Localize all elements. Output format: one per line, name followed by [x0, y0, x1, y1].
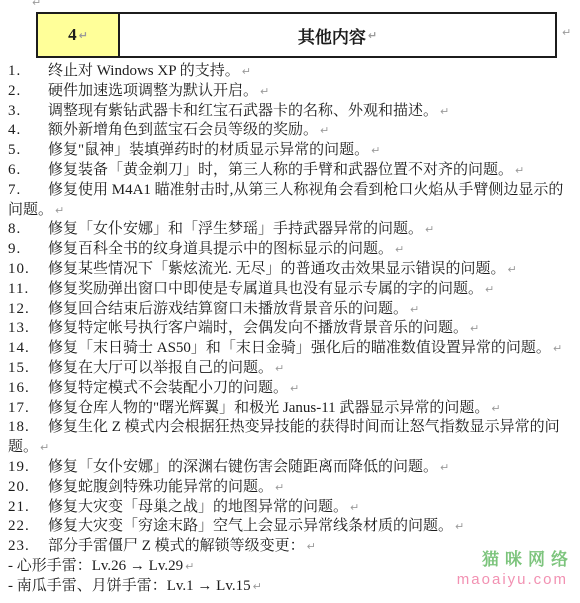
paragraph-mark: ↵	[307, 540, 316, 553]
paragraph-mark: ↵	[79, 29, 88, 42]
paragraph-mark: ↵	[395, 243, 404, 256]
item-text: 修复「末日骑士 AS50」和「末日金骑」强化后的瞄准数值设置异常的问题。	[48, 340, 551, 356]
list-item: 5.修复"鼠神」装填弹药时的材质显示异常的问题。↵	[8, 141, 574, 161]
paragraph-mark: ↵	[368, 29, 377, 42]
item-text: 修复奖励弹出窗口中即使是专属道具也没有显示专属的字的问题。	[48, 281, 483, 297]
list-item: 16.修复特定模式不会装配小刀的问题。↵	[8, 379, 574, 399]
item-text: 修复大灾变「穷途末路」空气上会显示异常线条材质的问题。	[48, 518, 453, 534]
list-item: 14.修复「末日骑士 AS50」和「末日金骑」强化后的瞄准数值设置异常的问题。↵	[8, 339, 574, 359]
paragraph-mark: ↵	[242, 65, 251, 78]
item-number: 17.	[8, 399, 48, 419]
list-item: 7.修复使用 M4A1 瞄准射击时,从第三人称视角会看到枪口火焰从手臂侧边显示的…	[8, 181, 574, 221]
list-item: 8.修复「女仆安娜」和「浮生梦瑶」手持武器异常的问题。↵	[8, 220, 574, 240]
item-number: 13.	[8, 319, 48, 339]
item-text: 修复百科全书的纹身道具提示中的图标显示的问题。	[48, 241, 393, 257]
paragraph-mark: ↵	[562, 26, 571, 39]
list-item: 13.修复特定帐号执行客户端时，会偶发向不播放背景音乐的问题。↵	[8, 319, 574, 339]
list-item: 3.调整现有紫钻武器卡和红宝石武器卡的名称、外观和描述。↵	[8, 102, 574, 122]
item-number: 22.	[8, 517, 48, 537]
item-text: 额外新增角色到蓝宝石会员等级的奖励。	[48, 122, 318, 138]
paragraph-mark: ↵	[290, 382, 299, 395]
item-text: 修复使用 M4A1 瞄准射击时,从第三人称视角会看到枪口火焰从手臂侧边显示的问题…	[8, 182, 563, 218]
paragraph-mark: ↵	[185, 560, 194, 573]
item-text: 修复蛇腹剑特殊功能异常的问题。	[48, 479, 273, 495]
item-number: 2.	[8, 82, 48, 102]
item-text: 终止对 Windows XP 的支持。	[48, 63, 240, 79]
item-number: 1.	[8, 62, 48, 82]
watermark-site-name: 猫咪网络	[440, 551, 574, 571]
section-number: 4	[68, 25, 77, 45]
header-section-number-cell: 4↵	[38, 14, 120, 56]
paragraph-mark: ↵	[260, 85, 269, 98]
item-text: 修复回合结束后游戏结算窗口未播放背景音乐的问题。	[48, 301, 408, 317]
paragraph-mark: ↵	[40, 441, 49, 454]
item-number: 6.	[8, 161, 48, 181]
sub-item-text: - 心形手雷：Lv.26 → Lv.29	[8, 558, 183, 574]
item-text: 部分手雷僵尸 Z 模式的解锁等级变更：	[48, 538, 305, 554]
paragraph-mark: ↵	[371, 144, 380, 157]
list-item: 22.修复大灾变「穷途末路」空气上会显示异常线条材质的问题。↵	[8, 517, 574, 537]
paragraph-mark: ↵	[491, 402, 500, 415]
item-number: 7.	[8, 181, 48, 201]
paragraph-mark: ↵	[350, 501, 359, 514]
item-number: 14.	[8, 339, 48, 359]
item-text: 修复「女仆安娜」和「浮生梦瑶」手持武器异常的问题。	[48, 221, 423, 237]
item-text: 修复特定模式不会装配小刀的问题。	[48, 380, 288, 396]
item-text: 修复在大厅可以举报自己的问题。	[48, 360, 273, 376]
list-item: 9.修复百科全书的纹身道具提示中的图标显示的问题。↵	[8, 240, 574, 260]
item-number: 9.	[8, 240, 48, 260]
list-item: 12.修复回合结束后游戏结算窗口未播放背景音乐的问题。↵	[8, 300, 574, 320]
watermark: 猫咪网络 maoaiyu.com	[440, 551, 568, 588]
list-item: 19.修复「女仆安娜」的深渊右键伤害会随距离而降低的问题。↵	[8, 458, 574, 478]
sub-item-text: - 南瓜手雷、月饼手雷：Lv.1 → Lv.15	[8, 578, 251, 594]
item-text: 修复某些情况下「紫炫流光. 无尽」的普通攻击效果显示错误的问题。	[48, 261, 506, 277]
list-item: 21.修复大灾变「母巢之战」的地图异常的问题。↵	[8, 498, 574, 518]
item-number: 8.	[8, 220, 48, 240]
item-number: 12.	[8, 300, 48, 320]
list-item: 11.修复奖励弹出窗口中即使是专属道具也没有显示专属的字的问题。↵	[8, 280, 574, 300]
item-number: 10.	[8, 260, 48, 280]
item-text: 修复装备「黄金剃刀」时，第三人称的手臂和武器位置不对齐的问题。	[48, 162, 513, 178]
item-number: 3.	[8, 102, 48, 122]
list-item: 1.终止对 Windows XP 的支持。↵	[8, 62, 574, 82]
item-number: 11.	[8, 280, 48, 300]
paragraph-mark: ↵	[470, 322, 479, 335]
list-item: 6.修复装备「黄金剃刀」时，第三人称的手臂和武器位置不对齐的问题。↵	[8, 161, 574, 181]
item-text: 修复特定帐号执行客户端时，会偶发向不播放背景音乐的问题。	[48, 320, 468, 336]
header-table: 4↵ 其他内容↵	[36, 12, 557, 58]
paragraph-mark: ↵	[32, 0, 41, 9]
list-item: 4.额外新增角色到蓝宝石会员等级的奖励。↵	[8, 121, 574, 141]
item-number: 23.	[8, 537, 48, 557]
paragraph-mark: ↵	[253, 580, 262, 593]
item-number: 19.	[8, 458, 48, 478]
watermark-domain: maoaiyu.com	[440, 571, 568, 588]
item-text: 硬件加速选项调整为默认开启。	[48, 83, 258, 99]
paragraph-mark: ↵	[440, 461, 449, 474]
item-number: 20.	[8, 478, 48, 498]
item-list: 1.终止对 Windows XP 的支持。↵2.硬件加速选项调整为默认开启。↵3…	[0, 58, 580, 597]
paragraph-mark: ↵	[275, 481, 284, 494]
paragraph-mark: ↵	[275, 362, 284, 375]
list-item: 20.修复蛇腹剑特殊功能异常的问题。↵	[8, 478, 574, 498]
list-item: 17.修复仓库人物的"曙光辉翼」和极光 Janus-11 武器显示异常的问题。↵	[8, 399, 574, 419]
item-number: 4.	[8, 121, 48, 141]
list-item: 15.修复在大厅可以举报自己的问题。↵	[8, 359, 574, 379]
item-number: 5.	[8, 141, 48, 161]
item-text: 修复大灾变「母巢之战」的地图异常的问题。	[48, 499, 348, 515]
item-text: 修复"鼠神」装填弹药时的材质显示异常的问题。	[48, 142, 369, 158]
paragraph-mark: ↵	[425, 223, 434, 236]
paragraph-mark: ↵	[515, 164, 524, 177]
paragraph-mark: ↵	[55, 204, 64, 217]
list-item: 10.修复某些情况下「紫炫流光. 无尽」的普通攻击效果显示错误的问题。↵	[8, 260, 574, 280]
paragraph-mark: ↵	[485, 283, 494, 296]
paragraph-mark: ↵	[410, 303, 419, 316]
list-item: 2.硬件加速选项调整为默认开启。↵	[8, 82, 574, 102]
item-text: 调整现有紫钻武器卡和红宝石武器卡的名称、外观和描述。	[48, 103, 438, 119]
item-text: 修复生化 Z 模式内会根据狂热变异技能的获得时间而让怒气指数显示异常的问题。	[8, 419, 560, 455]
item-text: 修复「女仆安娜」的深渊右键伤害会随距离而降低的问题。	[48, 459, 438, 475]
header-title-cell: 其他内容↵	[120, 14, 555, 56]
paragraph-mark: ↵	[508, 263, 517, 276]
paragraph-mark: ↵	[440, 105, 449, 118]
paragraph-mark: ↵	[455, 520, 464, 533]
list-item: 18.修复生化 Z 模式内会根据狂热变异技能的获得时间而让怒气指数显示异常的问题…	[8, 418, 574, 458]
item-text: 修复仓库人物的"曙光辉翼」和极光 Janus-11 武器显示异常的问题。	[48, 400, 489, 416]
item-number: 16.	[8, 379, 48, 399]
section-title: 其他内容	[298, 23, 366, 48]
item-number: 15.	[8, 359, 48, 379]
item-number: 21.	[8, 498, 48, 518]
paragraph-mark: ↵	[320, 124, 329, 137]
paragraph-mark: ↵	[553, 342, 562, 355]
item-number: 18.	[8, 418, 48, 438]
